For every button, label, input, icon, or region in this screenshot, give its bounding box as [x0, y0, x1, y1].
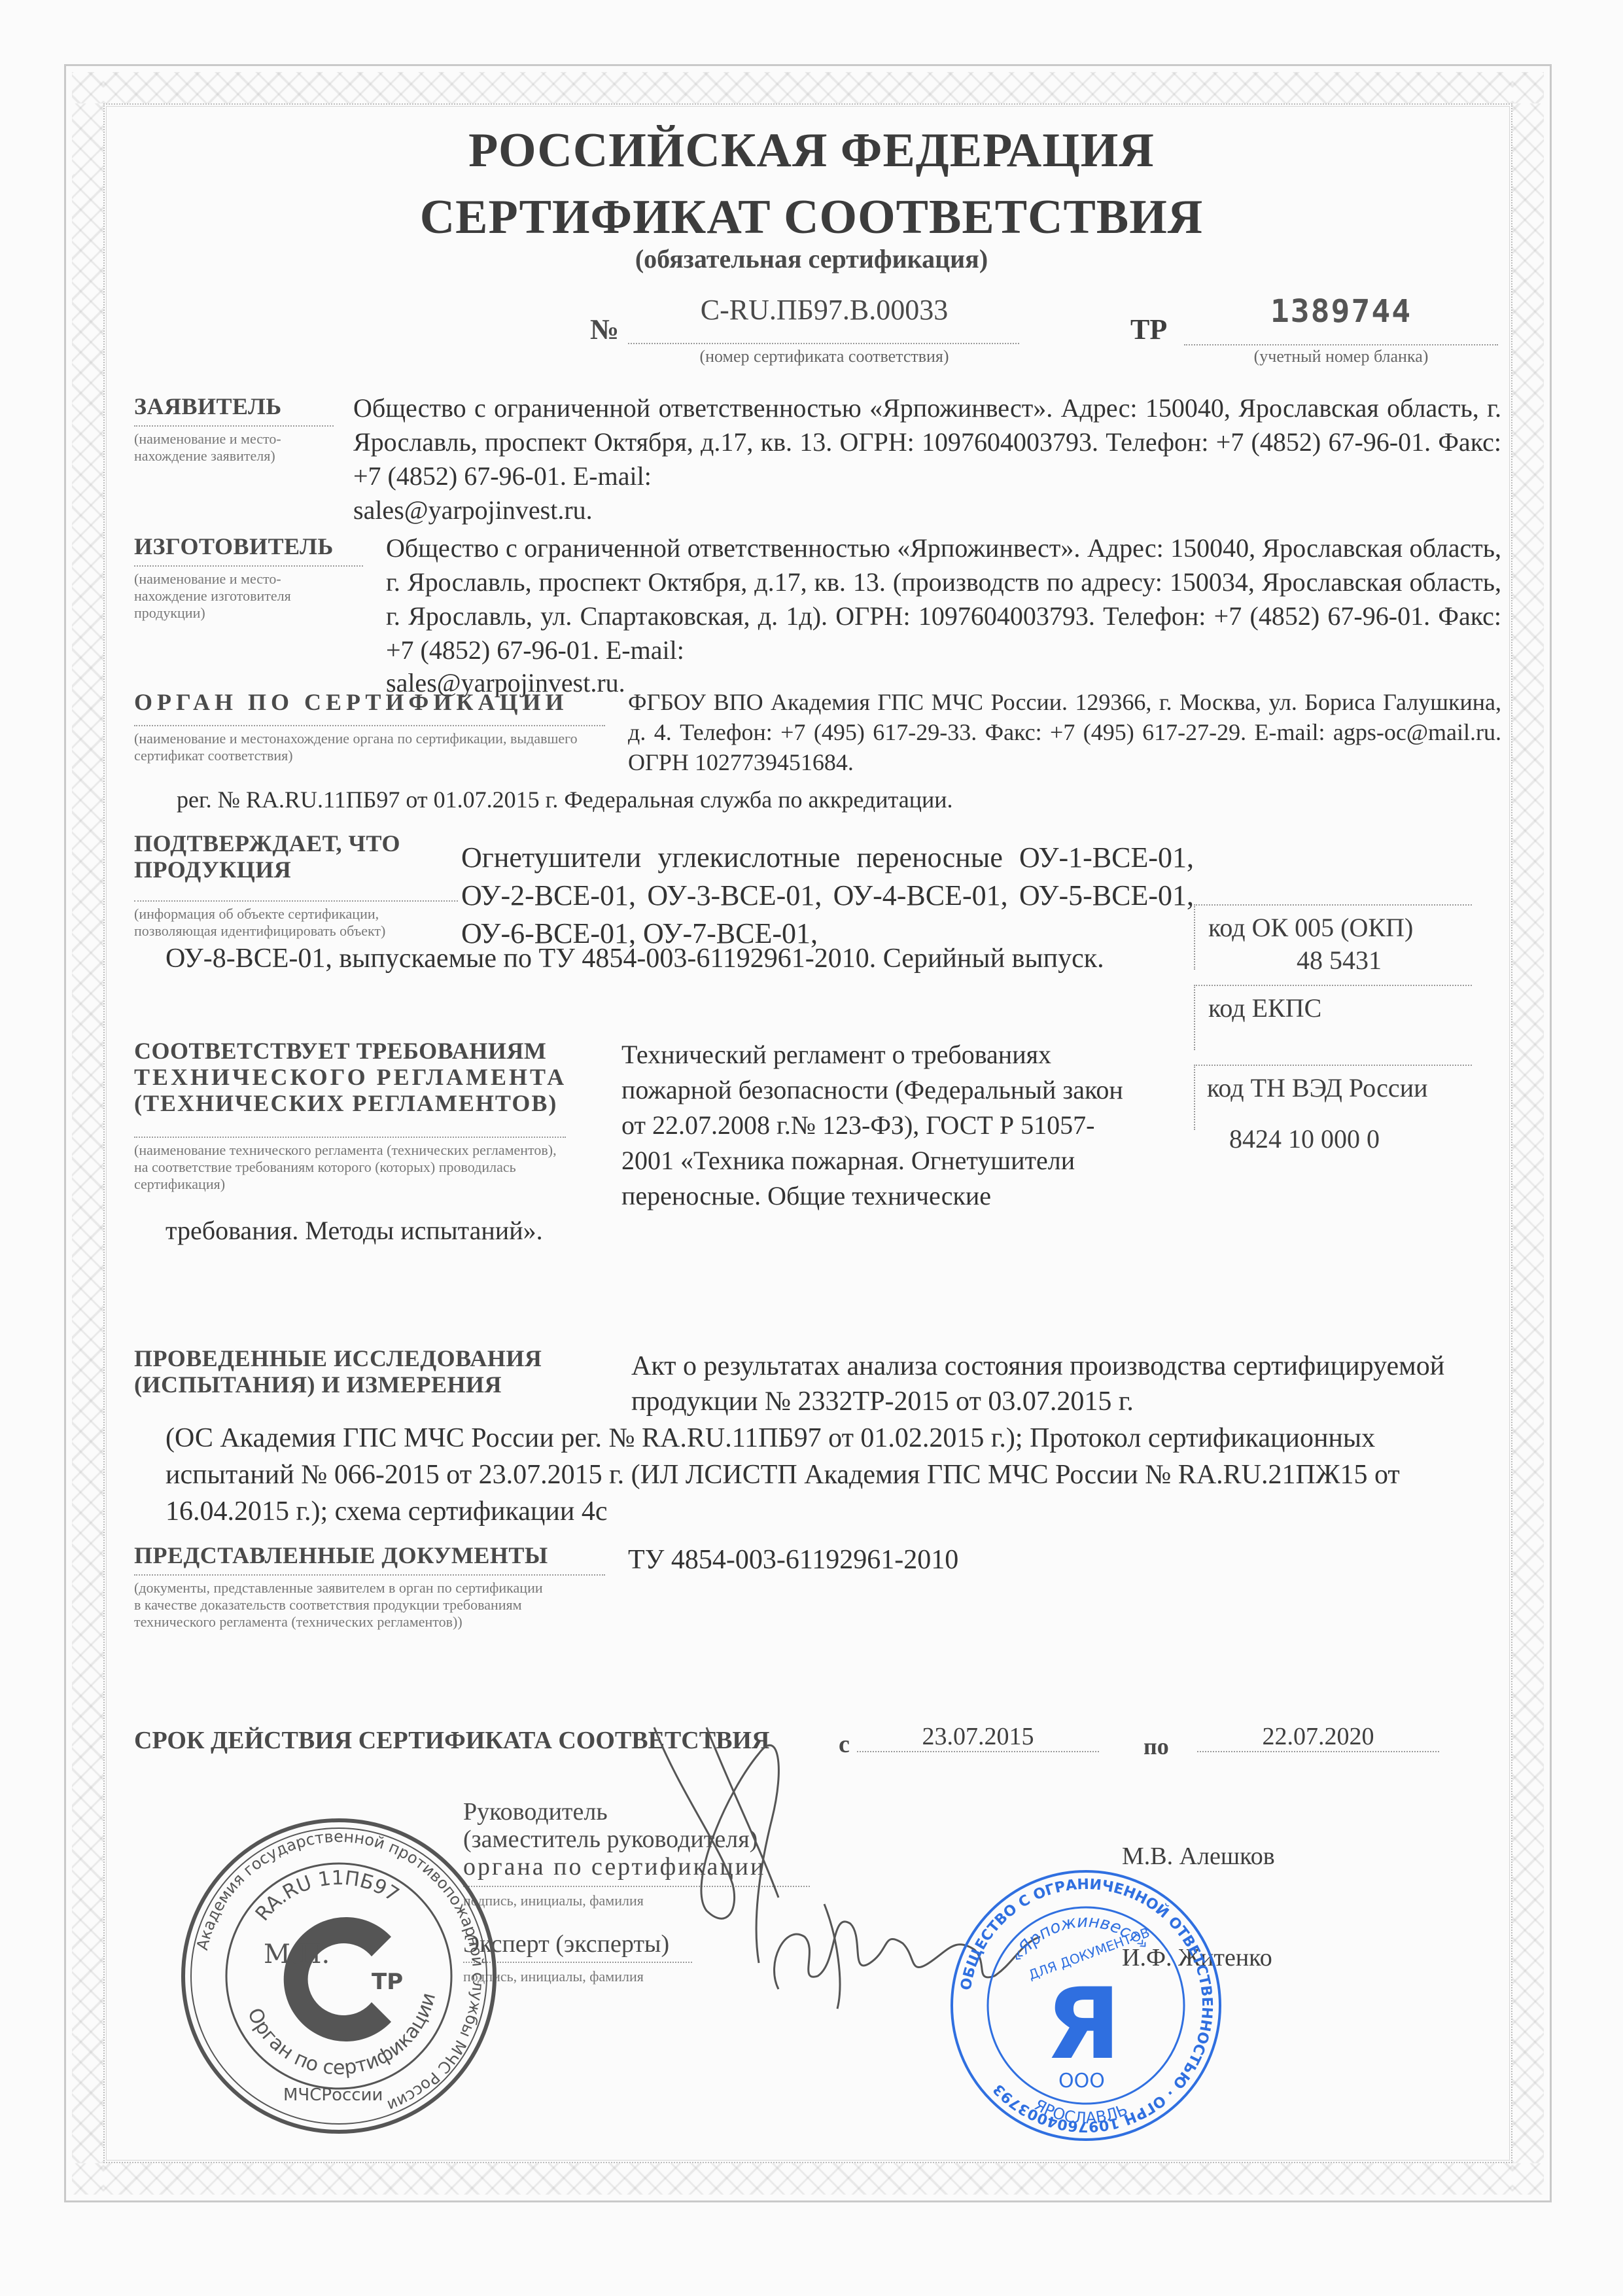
requirements-text: Технический регламент о требованиях пожа… — [621, 1037, 1138, 1214]
product-caption: (информация об объекте сертификации, поз… — [134, 906, 461, 940]
svg-text:ТР: ТР — [372, 1969, 403, 1995]
blank-number: 1389744 — [1184, 293, 1498, 330]
blank-number-underline — [1184, 344, 1498, 345]
validity-to-underline — [1197, 1751, 1439, 1752]
tests-text: Акт о результатах анализа состояния прои… — [631, 1349, 1456, 1419]
okp-code-label: код ОК 005 (ОКП) — [1208, 912, 1413, 943]
product-section: ПОДТВЕРЖДАЕТ, ЧТО ПРОДУКЦИЯ (информация … — [134, 830, 1181, 1026]
manufacturer-text: Общество с ограниченной ответственностью… — [386, 531, 1501, 667]
product-text: Огнетушители углекислотные переносные ОУ… — [461, 839, 1194, 953]
requirements-text-continued: требования. Методы испытаний». — [166, 1214, 543, 1248]
applicant-email: sales@yarpojinvest.ru. — [353, 493, 593, 527]
certification-body-registration: рег. № RA.RU.11ПБ97 от 01.07.2015 г. Фед… — [177, 783, 953, 817]
certification-body-label: ОРГАН ПО СЕРТИФИКАЦИИ — [134, 688, 568, 716]
manufacturer-section: ИЗГОТОВИТЕЛЬ (наименование и место-нахож… — [134, 531, 1501, 695]
svg-text:Я: Я — [1045, 1968, 1121, 2081]
document-title: СЕРТИФИКАТ СООТВЕТСТВИЯ — [0, 190, 1623, 245]
applicant-text: Общество с ограниченной ответственностью… — [353, 391, 1501, 493]
documents-label: ПРЕДСТАВЛЕННЫЕ ДОКУМЕНТЫ — [134, 1542, 548, 1569]
tests-text-continued: (ОС Академия ГПС МЧС России рег. № RA.RU… — [166, 1420, 1474, 1530]
requirements-label-line3: (ТЕХНИЧЕСКИХ РЕГЛАМЕНТОВ) — [134, 1089, 557, 1117]
svg-text:ООО: ООО — [1058, 2070, 1105, 2093]
tests-label-line2: (ИСПЫТАНИЯ) И ИЗМЕРЕНИЯ — [134, 1371, 502, 1398]
requirements-label-line1: СООТВЕТСТВУЕТ ТРЕБОВАНИЯМ — [134, 1037, 546, 1065]
product-text-continued: ОУ-8-ВСЕ-01, выпускаемые по ТУ 4854-003-… — [166, 938, 1186, 979]
tnved-code-label: код ТН ВЭД России — [1207, 1072, 1428, 1103]
documents-text: ТУ 4854-003-61192961-2010 — [628, 1543, 958, 1577]
svg-text:МЧСРоссии: МЧСРоссии — [283, 2085, 383, 2105]
validity-from-underline — [857, 1751, 1099, 1752]
validity-to-label: по — [1143, 1733, 1169, 1760]
svg-text:М.П.: М.П. — [264, 1939, 330, 1969]
applicant-section: ЗАЯВИТЕЛЬ (наименование и место-нахожден… — [134, 391, 1501, 522]
requirements-label-underline — [134, 1137, 566, 1138]
tnved-code-box: код ТН ВЭД России 8424 10 000 0 — [1194, 1065, 1472, 1130]
requirements-label-line2: ТЕХНИЧЕСКОГО РЕГЛАМЕНТА — [134, 1063, 567, 1091]
documents-caption: (документы, представленные заявителем в … — [134, 1580, 553, 1631]
requirements-section: СООТВЕТСТВУЕТ ТРЕБОВАНИЯМ ТЕХНИЧЕСКОГО Р… — [134, 1037, 1181, 1253]
applicant-caption: (наименование и место-нахождение заявите… — [134, 431, 330, 465]
okp-code-box: код ОК 005 (ОКП) 48 5431 — [1194, 904, 1472, 970]
document-subtitle: (обязательная сертификация) — [0, 243, 1623, 274]
product-label-underline — [134, 900, 458, 902]
documents-label-underline — [134, 1574, 605, 1576]
documents-section: ПРЕДСТАВЛЕННЫЕ ДОКУМЕНТЫ (документы, пре… — [134, 1539, 1501, 1670]
ekps-code-label: код ЕКПС — [1208, 993, 1321, 1023]
blank-number-caption: (учетный номер бланка) — [1184, 347, 1498, 366]
requirements-caption: (наименование технического регламента (т… — [134, 1142, 566, 1193]
tests-label-line1: ПРОВЕДЕННЫЕ ИССЛЕДОВАНИЯ — [134, 1345, 542, 1372]
tests-section: ПРОВЕДЕННЫЕ ИССЛЕДОВАНИЯ (ИСПЫТАНИЯ) И И… — [134, 1345, 1501, 1541]
ekps-code-box: код ЕКПС — [1194, 985, 1472, 1050]
applicant-label: ЗАЯВИТЕЛЬ — [134, 393, 282, 420]
product-label-line1: ПОДТВЕРЖДАЕТ, ЧТО — [134, 830, 400, 857]
validity-from-label: с — [839, 1730, 850, 1759]
okp-code-value: 48 5431 — [1297, 945, 1382, 976]
company-seal: ОБЩЕСТВО С ОГРАНИЧЕННОЙ ОТВЕТСТВЕННОСТЬЮ… — [942, 1862, 1230, 2149]
country-title: РОССИЙСКАЯ ФЕДЕРАЦИЯ — [0, 123, 1623, 179]
tnved-code-value: 8424 10 000 0 — [1229, 1123, 1380, 1154]
certification-body-stamp: Академия государственной противопожарной… — [175, 1812, 502, 2140]
number-sign: № — [590, 313, 619, 346]
manufacturer-label-underline — [134, 565, 363, 567]
certification-body-caption: (наименование и местонахождение органа п… — [134, 730, 605, 764]
validity-to-date: 22.07.2020 — [1197, 1722, 1439, 1751]
certification-body-label-underline — [134, 725, 605, 726]
manufacturer-caption: (наименование и место-нахождение изготов… — [134, 571, 343, 622]
certificate-number: С-RU.ПБ97.В.00033 — [628, 293, 1021, 327]
manufacturer-label: ИЗГОТОВИТЕЛЬ — [134, 533, 334, 560]
certification-body-section: ОРГАН ПО СЕРТИФИКАЦИИ (наименование и ме… — [134, 687, 1501, 818]
certificate-number-caption: (номер сертификата соответствия) — [628, 347, 1021, 366]
certificate-number-underline — [628, 343, 1019, 344]
validity-from-date: 23.07.2015 — [857, 1722, 1099, 1751]
tr-label: ТР — [1130, 313, 1167, 346]
applicant-label-underline — [134, 425, 334, 427]
svg-text:RA.RU 11ПБ97: RA.RU 11ПБ97 — [251, 1867, 403, 1926]
certification-body-text: ФГБОУ ВПО Академия ГПС МЧС России. 12936… — [628, 687, 1501, 777]
product-label-line2: ПРОДУКЦИЯ — [134, 856, 291, 883]
